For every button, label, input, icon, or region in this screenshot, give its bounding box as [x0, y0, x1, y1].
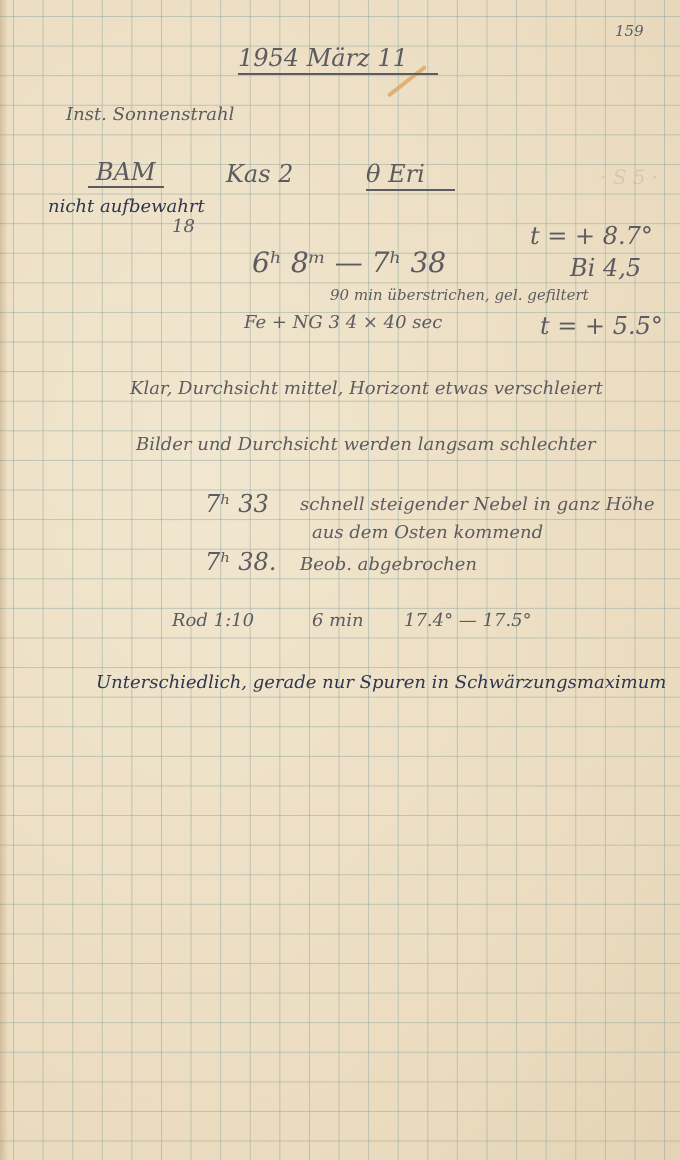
- page-edge: [0, 0, 8, 1160]
- plate-note: 90 min überstrichen, gel. gefiltert: [330, 286, 589, 304]
- exposure-time-range: 6ʰ 8ᵐ — 7ʰ 38: [252, 246, 446, 279]
- instrument-middle: Kas 2: [226, 160, 293, 188]
- temperature-end: t = + 5.5°: [540, 312, 663, 340]
- conditions-line-1: Klar, Durchsicht mittel, Horizont etwas …: [130, 378, 603, 399]
- conclusion: Unterschiedlich, gerade nur Spuren in Sc…: [96, 672, 666, 693]
- log-text-1: schnell steigender Nebel in ganz Höhe: [300, 494, 655, 515]
- observer-line: Inst. Sonnenstrahl: [66, 104, 234, 125]
- log-text-1-cont: aus dem Osten kommend: [312, 522, 543, 543]
- conditions-line-2: Bilder und Durchsicht werden langsam sch…: [136, 434, 596, 455]
- log-text-2: Beob. abgebrochen: [300, 554, 477, 575]
- log-time-1: 7ʰ 33: [205, 490, 269, 518]
- instrument-left-note-number: 18: [172, 216, 195, 237]
- temperature-start: t = + 8.7°: [530, 222, 653, 250]
- development-label: Rod 1:10: [172, 610, 254, 631]
- plate-detail: Fe + NG 3 4 × 40 sec: [244, 312, 442, 333]
- bleed-through-marks: · S 5 ·: [600, 165, 658, 189]
- development-duration: 6 min: [312, 610, 364, 631]
- instrument-left: BAM: [88, 158, 164, 188]
- development-temperature: 17.4° — 17.5°: [404, 610, 532, 631]
- instrument-left-note: nicht aufbewahrt: [48, 196, 205, 217]
- log-time-2: 7ʰ 38.: [205, 548, 276, 576]
- page-number: 159: [615, 22, 644, 40]
- barometer-reading: Bi 4,5: [570, 254, 641, 282]
- date-heading: 1954 März 11: [238, 44, 438, 75]
- instrument-right: θ Eri: [366, 160, 455, 191]
